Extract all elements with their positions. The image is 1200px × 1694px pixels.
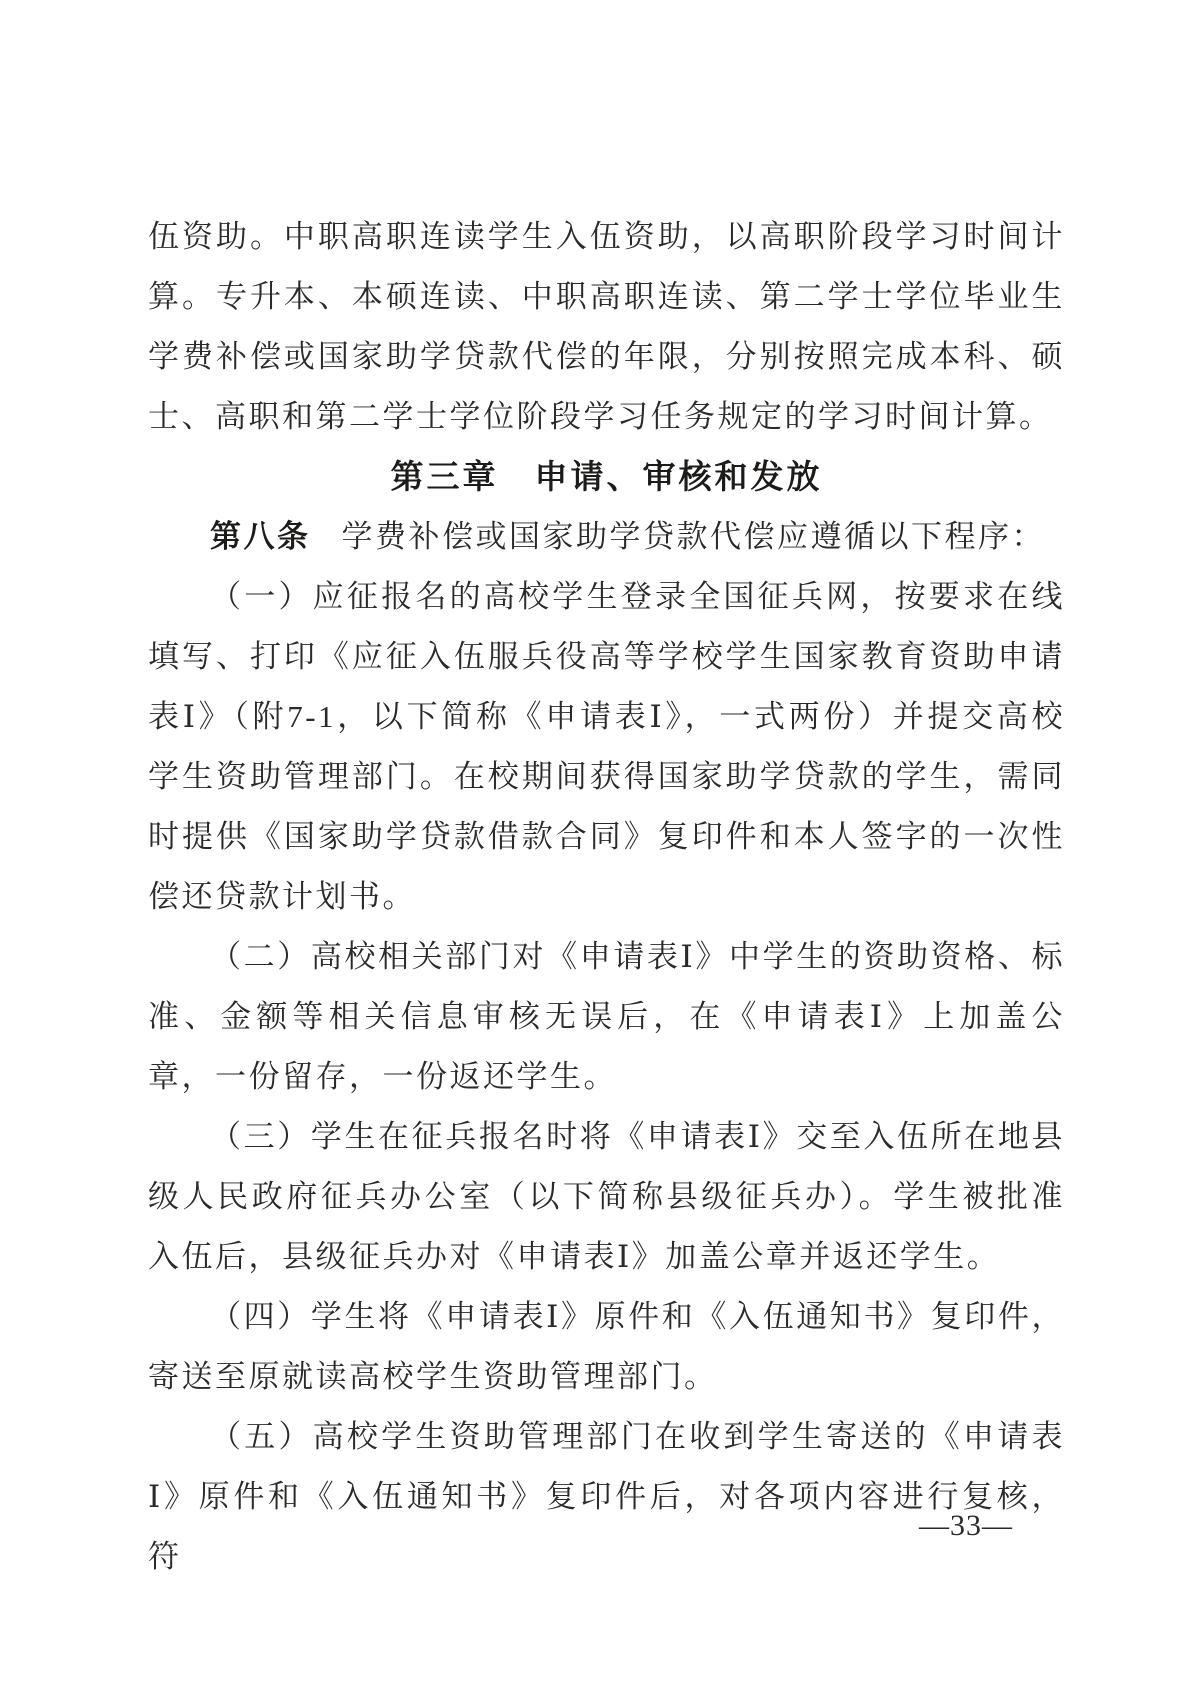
article-intro-text: 学费补偿或国家助学贷款代偿应遵循以下程序： <box>342 519 1046 554</box>
procedure-item-5: （五）高校学生资助管理部门在收到学生寄送的《申请表Ⅰ》原件和《入伍通知书》复印件… <box>148 1407 1065 1587</box>
document-body: 伍资助。中职高职连读学生入伍资助，以高职阶段学习时间计算。专升本、本硕连读、中职… <box>148 207 1065 1587</box>
procedure-item-4: （四）学生将《申请表Ⅰ》原件和《入伍通知书》复印件，寄送至原就读高校学生资助管理… <box>148 1287 1065 1407</box>
procedure-item-3: （三）学生在征兵报名时将《申请表Ⅰ》交至入伍所在地县级人民政府征兵办公室（以下简… <box>148 1107 1065 1287</box>
procedure-item-1: （一）应征报名的高校学生登录全国征兵网，按要求在线填写、打印《应征入伍服兵役高等… <box>148 567 1065 927</box>
chapter-heading: 第三章 申请、审核和发放 <box>148 447 1065 507</box>
procedure-item-2: （二）高校相关部门对《申请表Ⅰ》中学生的资助资格、标准、金额等相关信息审核无误后… <box>148 927 1065 1107</box>
article-paragraph: 第八条学费补偿或国家助学贷款代偿应遵循以下程序： <box>148 507 1065 567</box>
continued-paragraph: 伍资助。中职高职连读学生入伍资助，以高职阶段学习时间计算。专升本、本硕连读、中职… <box>148 207 1065 447</box>
document-page: 伍资助。中职高职连读学生入伍资助，以高职阶段学习时间计算。专升本、本硕连读、中职… <box>0 0 1200 1694</box>
page-number: —33— <box>919 1506 1013 1546</box>
article-number-label: 第八条 <box>210 519 311 554</box>
